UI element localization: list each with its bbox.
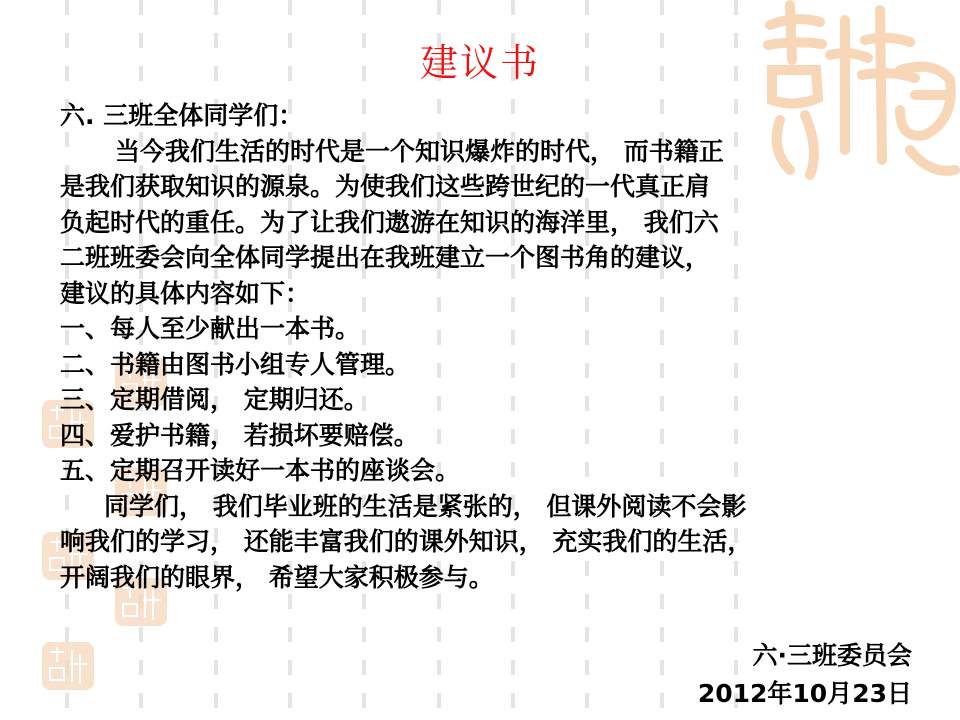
auspicious-seal-icon	[42, 642, 94, 690]
closing-line: 开阔我们的眼界， 希望大家积极参与。	[60, 560, 920, 596]
proposal-item: 四、爱护书籍， 若损坏要赔偿。	[60, 418, 920, 454]
proposal-item: 二、书籍由图书小组专人管理。	[60, 347, 920, 383]
intro-line: 建议的具体内容如下：	[60, 276, 920, 312]
salutation: 六. 三班全体同学们：	[60, 98, 920, 134]
date: 2012年10月23日	[698, 674, 912, 710]
intro-line: 当今我们生活的时代是一个知识爆炸的时代， 而书籍正	[60, 134, 920, 170]
signature: 六·三班委员会	[753, 636, 913, 672]
proposal-item: 五、定期召开读好一本书的座谈会。	[60, 453, 920, 489]
closing-line: 同学们， 我们毕业班的生活是紧张的， 但课外阅读不会影	[60, 489, 920, 525]
intro-line: 负起时代的重任。为了让我们遨游在知识的海洋里， 我们六	[60, 205, 920, 241]
document-title: 建议书	[0, 32, 960, 87]
intro-line: 是我们获取知识的源泉。为使我们这些跨世纪的一代真正肩	[60, 169, 920, 205]
proposal-item: 一、每人至少献出一本书。	[60, 311, 920, 347]
proposal-item: 三、定期借阅， 定期归还。	[60, 382, 920, 418]
document-body: 六. 三班全体同学们： 当今我们生活的时代是一个知识爆炸的时代， 而书籍正 是我…	[60, 98, 920, 595]
closing-line: 响我们的学习， 还能丰富我们的课外知识， 充实我们的生活，	[60, 524, 920, 560]
intro-line: 二班班委会向全体同学提出在我班建立一个图书角的建议，	[60, 240, 920, 276]
